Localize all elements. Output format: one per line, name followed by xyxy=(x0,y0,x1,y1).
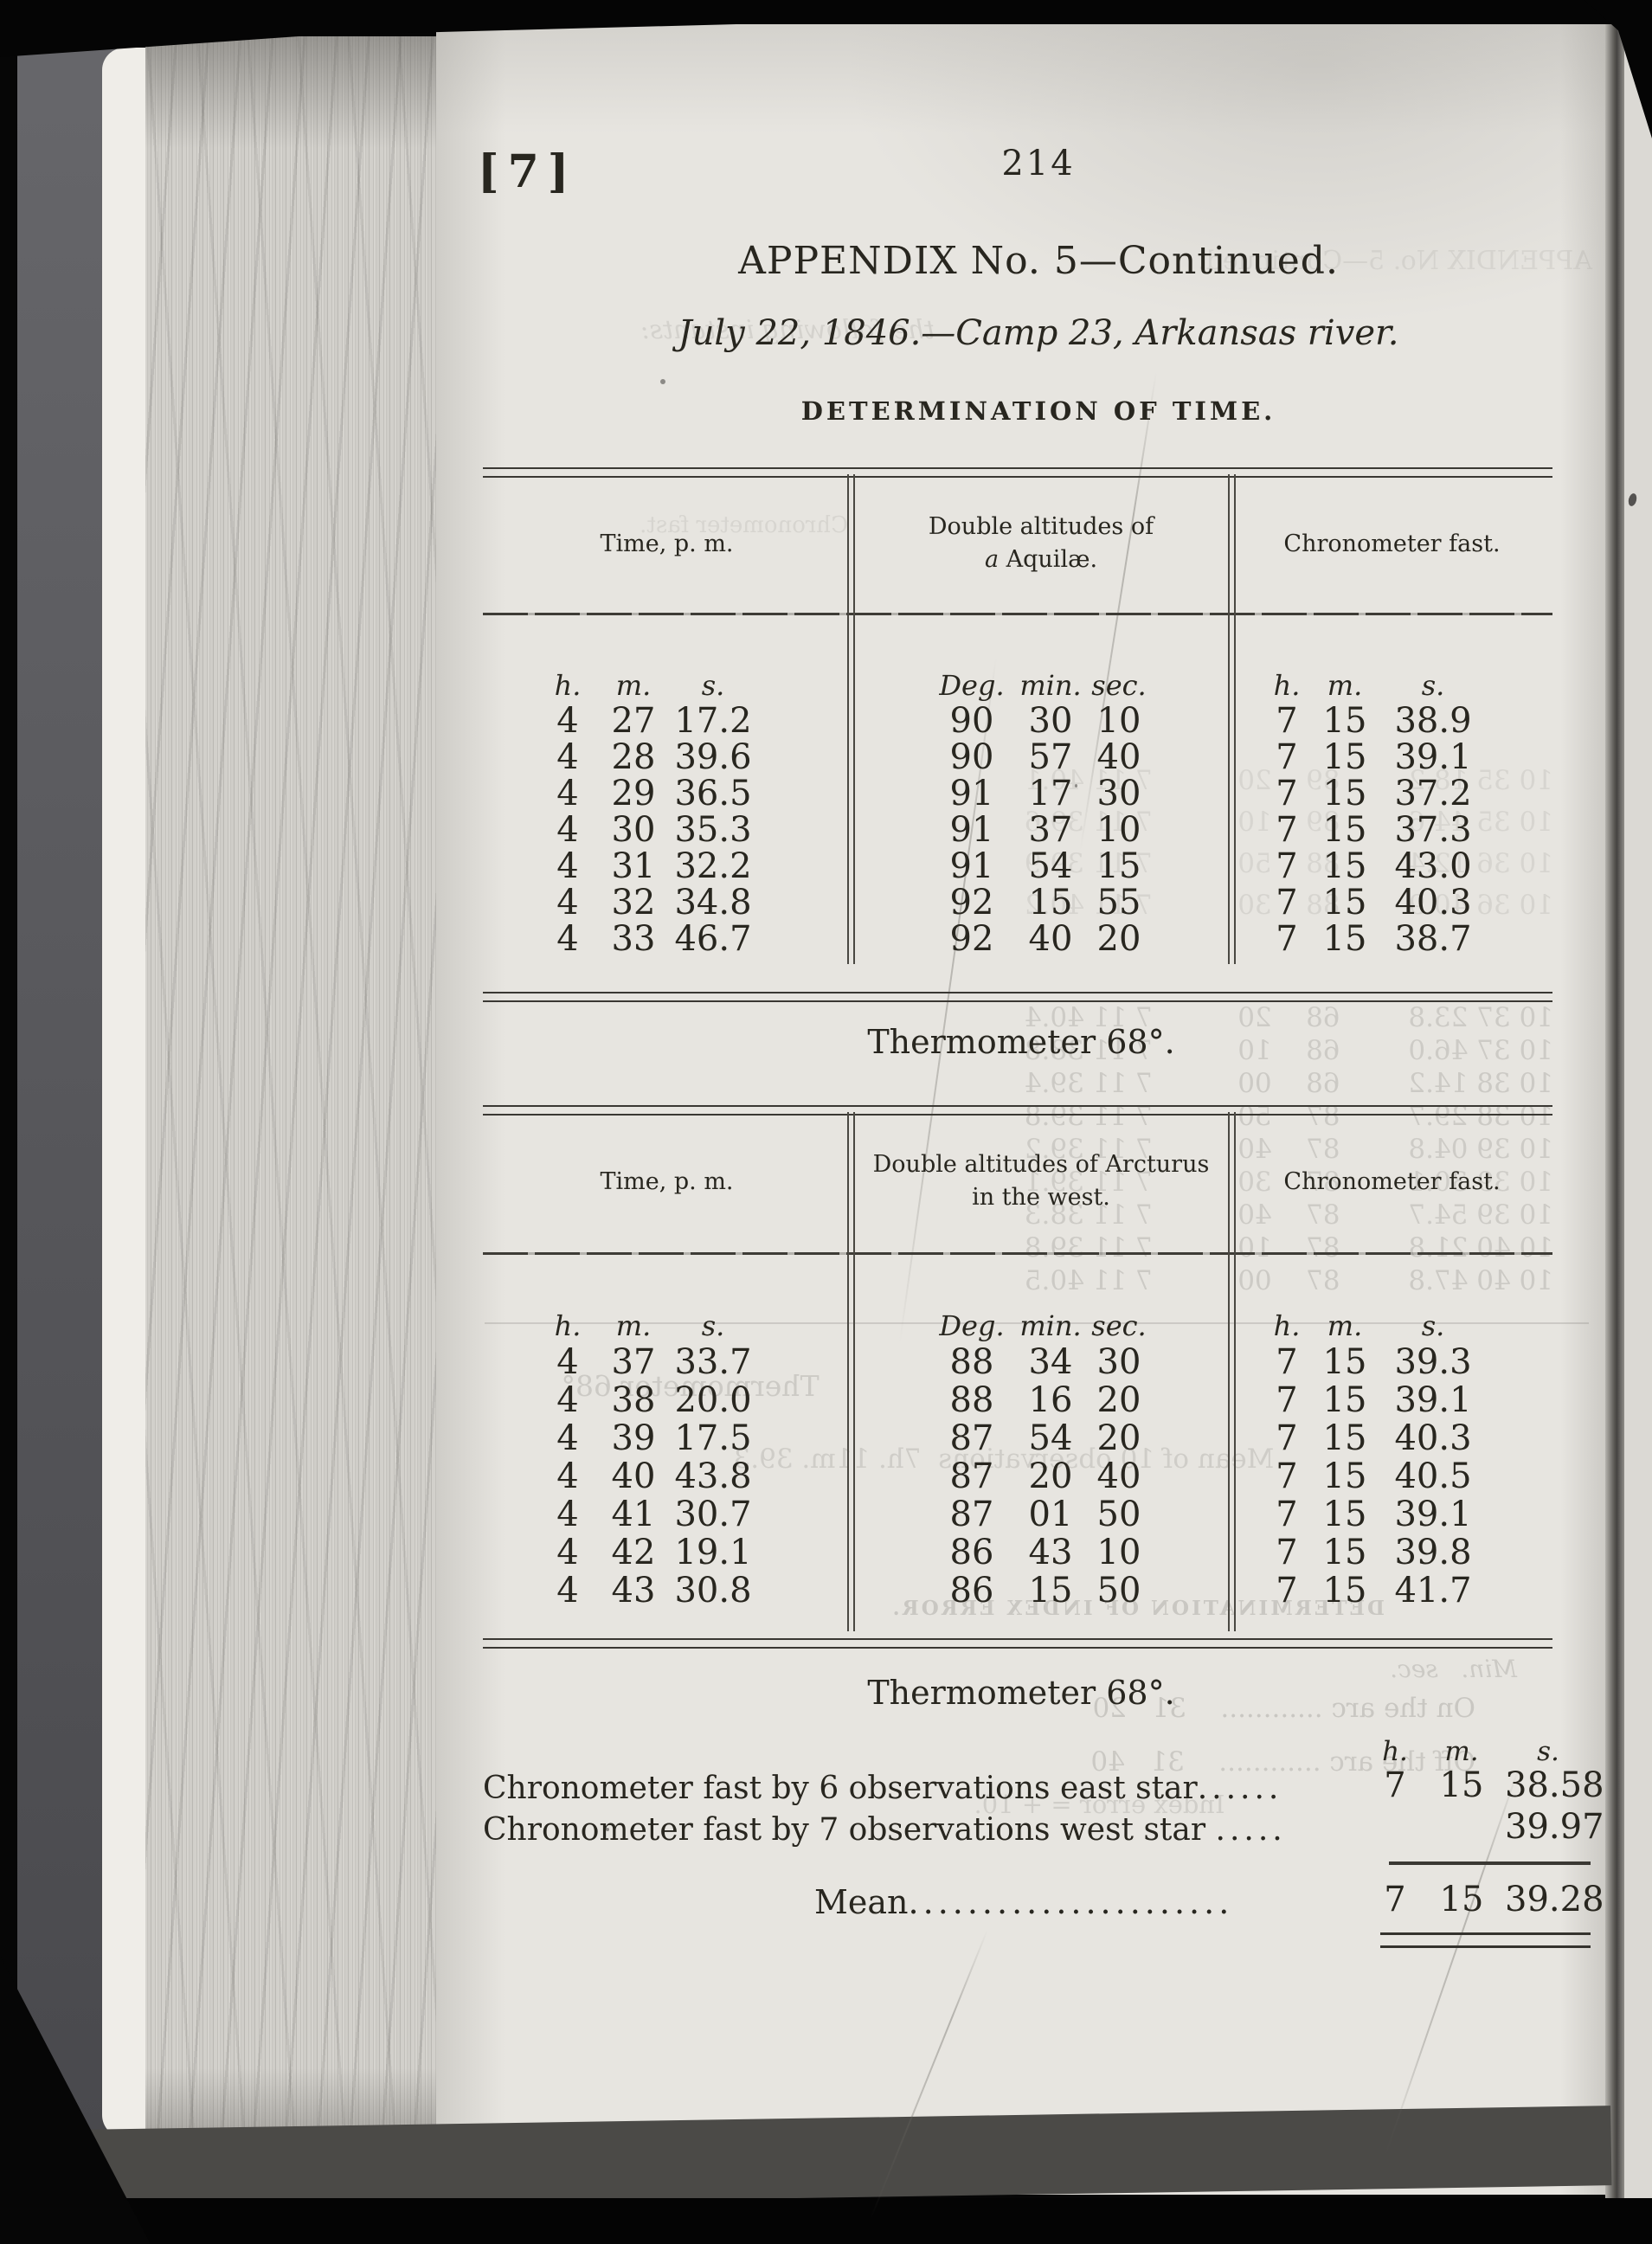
table-cell: 40.5 xyxy=(1372,1456,1495,1496)
table-cell: 35.3 xyxy=(665,810,762,850)
table-cell: 31 xyxy=(602,846,665,886)
table-cell-group: 71543.0 xyxy=(1231,846,1552,886)
table-cell-group: 903010 xyxy=(851,701,1231,741)
table-row: 43035.391371071537.3 xyxy=(483,812,1552,848)
mean-label: Mean xyxy=(814,1883,909,1921)
unit-label: h. xyxy=(1256,1309,1318,1342)
table-cell: 39.8 xyxy=(1372,1533,1495,1572)
table-cell: 46.7 xyxy=(665,919,762,959)
table-cell: 43.8 xyxy=(665,1456,762,1496)
table-cell: 15 xyxy=(1318,1342,1372,1382)
table-cell: 38 xyxy=(602,1380,665,1420)
table-cell: 38.7 xyxy=(1372,919,1495,959)
table-cell-group: 870150 xyxy=(851,1495,1231,1534)
summary-value-west-star: 39.97 xyxy=(1372,1807,1591,1847)
table-cell: 7 xyxy=(1256,1495,1318,1534)
table-row: 43234.892155571540.3 xyxy=(483,884,1552,921)
table-cell: 20 xyxy=(1084,1380,1154,1420)
unit-label: min. xyxy=(1017,669,1084,702)
table-cell: 30 xyxy=(1084,774,1154,813)
column-header-time: Time, p. m. xyxy=(483,1168,851,1195)
table-cell: 17.5 xyxy=(665,1418,762,1458)
table-cell: 86 xyxy=(927,1533,1017,1572)
table-cell: 87 xyxy=(927,1495,1017,1534)
table-cell-group: 71541.7 xyxy=(1231,1571,1552,1611)
table-cell: 20 xyxy=(1084,1418,1154,1458)
unit-label: m. xyxy=(1418,1736,1505,1767)
table-cell: 15 xyxy=(1318,846,1372,886)
table-bottom-rule xyxy=(483,992,1552,1002)
thermometer-note-2: Thermometer 68°. xyxy=(485,1674,1558,1712)
table-cell-group: 911730 xyxy=(851,774,1231,813)
table-cell-group: 71540.5 xyxy=(1231,1456,1552,1496)
table-cell: 7 xyxy=(1256,701,1318,741)
value-hours: 7 xyxy=(1372,1765,1418,1805)
table-cell-group: 43917.5 xyxy=(483,1418,851,1458)
table-cell: 86 xyxy=(927,1571,1017,1611)
table-cell: 39.6 xyxy=(665,737,762,777)
table-cell: 50 xyxy=(1084,1495,1154,1534)
column-header-line: a Aquilæ. xyxy=(851,543,1231,576)
table-cell-group: 43820.0 xyxy=(483,1380,851,1420)
dateline: July 22, 1846.—Camp 23, Arkansas river. xyxy=(450,313,1627,353)
table-cell: 92 xyxy=(927,919,1017,959)
table-cell: 43.0 xyxy=(1372,846,1495,886)
table-cell: 7 xyxy=(1256,774,1318,813)
unit-label: m. xyxy=(1318,1309,1372,1342)
table-cell: 20 xyxy=(1017,1456,1084,1496)
table-cell: 90 xyxy=(927,737,1017,777)
table-cell-group: 71538.9 xyxy=(1231,701,1552,741)
page-edge-sliver xyxy=(102,48,149,2138)
table-cell: 91 xyxy=(927,774,1017,813)
scan-border-bottom xyxy=(0,2198,1652,2244)
table-cell: 16 xyxy=(1017,1380,1084,1420)
table-cell: 15 xyxy=(1318,810,1372,850)
scanned-book-photo: { "page": { "bracket": "[7]", "page_numb… xyxy=(0,0,1652,2244)
star-name: Aquilæ. xyxy=(1006,546,1097,573)
table-cell: 39.1 xyxy=(1372,737,1495,777)
table-cell: 19.1 xyxy=(665,1533,762,1572)
table-cell: 39.3 xyxy=(1372,1342,1495,1382)
value-seconds: 38.58 xyxy=(1505,1765,1591,1805)
column-header-line: Double altitudes of xyxy=(851,511,1231,543)
table-cell: 4 xyxy=(533,810,602,850)
table-cell: 4 xyxy=(533,1418,602,1458)
table-cell: 55 xyxy=(1084,883,1154,923)
table-header-separator xyxy=(483,1252,1552,1255)
table-cell: 17.2 xyxy=(665,701,762,741)
table-cell: 34 xyxy=(1017,1342,1084,1382)
table-cell-group: 71539.3 xyxy=(1231,1342,1552,1382)
summary-units-row: h. m. s. xyxy=(1372,1736,1591,1767)
table-header-row: Time, p. m. Double altitudes of a Aquilæ… xyxy=(483,478,1552,609)
summary-line-east-star: Chronometer fast by 6 observations east … xyxy=(483,1771,1282,1806)
table-cell: 4 xyxy=(533,701,602,741)
table-row: 43346.792402071538.7 xyxy=(483,921,1552,957)
table-cell: 28 xyxy=(602,737,665,777)
table-cell: 20.0 xyxy=(665,1380,762,1420)
table-cell-group: 43346.7 xyxy=(483,919,851,959)
table-cell: 7 xyxy=(1256,1342,1318,1382)
unit-label: s. xyxy=(1372,669,1495,702)
table-row: 44130.787015071539.1 xyxy=(483,1495,1552,1534)
table-header-separator xyxy=(483,613,1552,615)
table-cell-group: 875420 xyxy=(851,1418,1231,1458)
table-cell-group: 864310 xyxy=(851,1533,1231,1572)
table-cell: 40 xyxy=(1017,919,1084,959)
thermometer-note-1: Thermometer 68°. xyxy=(485,1023,1558,1061)
table-cell: 32.2 xyxy=(665,846,762,886)
table-cell: 4 xyxy=(533,1342,602,1382)
table-cell-group: 44219.1 xyxy=(483,1533,851,1572)
table-cell: 7 xyxy=(1256,737,1318,777)
facing-page-sliver xyxy=(1624,24,1652,2202)
table-cell: 15 xyxy=(1318,919,1372,959)
table-row: 42839.690574071539.1 xyxy=(483,739,1552,775)
table-cell: 7 xyxy=(1256,883,1318,923)
section-heading: DETERMINATION OF TIME. xyxy=(450,396,1627,426)
unit-label: h. xyxy=(1372,1736,1418,1767)
table-cell: 10 xyxy=(1084,810,1154,850)
table-cell: 88 xyxy=(927,1380,1017,1420)
table-cell: 38.9 xyxy=(1372,701,1495,741)
table-cell: 40 xyxy=(1084,737,1154,777)
table-cell: 27 xyxy=(602,701,665,741)
table-cell: 15 xyxy=(1318,701,1372,741)
table-cell-group: 905740 xyxy=(851,737,1231,777)
unit-label: h. xyxy=(1256,669,1318,702)
table-cell-group: 913710 xyxy=(851,810,1231,850)
table-cell: 17 xyxy=(1017,774,1084,813)
table-cell: 39.1 xyxy=(1372,1380,1495,1420)
table-cell-group: 883430 xyxy=(851,1342,1231,1382)
table-cell: 01 xyxy=(1017,1495,1084,1534)
table-cell: 4 xyxy=(533,1495,602,1534)
unit-label: s. xyxy=(1372,1309,1495,1342)
table-cell: 39.1 xyxy=(1372,1495,1495,1534)
table-bottom-rule xyxy=(483,1638,1552,1649)
column-header-chronometer: Chronometer fast. xyxy=(1231,530,1552,557)
value-hours xyxy=(1372,1807,1418,1847)
table-top-rule xyxy=(483,1105,1552,1116)
value-seconds: 39.97 xyxy=(1505,1807,1591,1847)
mean-line: Mean...................... xyxy=(814,1883,1233,1921)
value-minutes xyxy=(1418,1807,1505,1847)
table-cell-group: 71539.1 xyxy=(1231,1495,1552,1534)
table-cell: 50 xyxy=(1084,1571,1154,1611)
table-cell: 30.7 xyxy=(665,1495,762,1534)
observations-table-aquilae: Time, p. m. Double altitudes of a Aquilæ… xyxy=(483,467,1552,1004)
table-cell: 20 xyxy=(1084,919,1154,959)
table-cell-group: 42936.5 xyxy=(483,774,851,813)
summary-line-west-star: Chronometer fast by 7 observations west … xyxy=(483,1812,1287,1848)
table-cell-group: 71537.2 xyxy=(1231,774,1552,813)
table-cell: 4 xyxy=(533,737,602,777)
table-cell-group: 71540.3 xyxy=(1231,883,1552,923)
unit-label: m. xyxy=(602,669,665,702)
table-cell-group: 915415 xyxy=(851,846,1231,886)
table-cell: 7 xyxy=(1256,810,1318,850)
table-cell-group: 42717.2 xyxy=(483,701,851,741)
table-body: 42717.290301071538.942839.690574071539.1… xyxy=(483,703,1552,957)
column-header-time: Time, p. m. xyxy=(483,530,851,557)
summary-label: Chronometer fast by 6 observations east … xyxy=(483,1771,1198,1806)
table-cell: 4 xyxy=(533,1533,602,1572)
table-cell: 40.3 xyxy=(1372,1418,1495,1458)
table-cell: 40 xyxy=(1084,1456,1154,1496)
table-cell-group: 921555 xyxy=(851,883,1231,923)
table-cell: 15 xyxy=(1318,1495,1372,1534)
star-letter: a xyxy=(985,546,999,573)
mean-value: 7 15 39.28 xyxy=(1372,1880,1591,1919)
unit-label: sec. xyxy=(1084,1309,1154,1342)
table-cell: 4 xyxy=(533,1571,602,1611)
table-cell: 15 xyxy=(1017,883,1084,923)
table-cell: 15 xyxy=(1318,1571,1372,1611)
table-cell: 15 xyxy=(1318,1533,1372,1572)
table-cell-group: 44330.8 xyxy=(483,1571,851,1611)
table-row: 42717.290301071538.9 xyxy=(483,703,1552,739)
table-cell: 37.3 xyxy=(1372,810,1495,850)
unit-label: min. xyxy=(1017,1309,1084,1342)
unit-label: s. xyxy=(1505,1736,1591,1767)
table-cell-group: 924020 xyxy=(851,919,1231,959)
table-cell: 30 xyxy=(1017,701,1084,741)
page-number: 214 xyxy=(450,144,1627,183)
table-row: 43132.291541571543.0 xyxy=(483,848,1552,884)
table-cell-group: 43234.8 xyxy=(483,883,851,923)
table-cell-group: 44043.8 xyxy=(483,1456,851,1496)
unit-label: Deg. xyxy=(927,669,1017,702)
table-cell: 15 xyxy=(1318,1418,1372,1458)
table-cell: 7 xyxy=(1256,846,1318,886)
table-cell-group: 872040 xyxy=(851,1456,1231,1496)
value-minutes: 15 xyxy=(1418,1880,1505,1919)
observations-table-arcturus: Time, p. m. Double altitudes of Arcturus… xyxy=(483,1105,1552,1649)
table-cell-group: 44130.7 xyxy=(483,1495,851,1534)
table-row: 43733.788343071539.3 xyxy=(483,1343,1552,1381)
column-header-altitudes: Double altitudes of a Aquilæ. xyxy=(851,511,1231,576)
table-row: 44043.887204071540.5 xyxy=(483,1457,1552,1495)
unit-label: s. xyxy=(665,1309,762,1342)
table-row: 43820.088162071539.1 xyxy=(483,1381,1552,1419)
table-cell-group: 43035.3 xyxy=(483,810,851,850)
table-cell: 30 xyxy=(602,810,665,850)
table-cell: 33 xyxy=(602,919,665,959)
table-cell: 87 xyxy=(927,1456,1017,1496)
table-cell: 40.3 xyxy=(1372,883,1495,923)
unit-label: sec. xyxy=(1084,669,1154,702)
table-cell: 4 xyxy=(533,883,602,923)
table-cell: 41.7 xyxy=(1372,1571,1495,1611)
value-minutes: 15 xyxy=(1418,1765,1505,1805)
table-cell-group: 43132.2 xyxy=(483,846,851,886)
table-cell: 54 xyxy=(1017,846,1084,886)
table-cell: 92 xyxy=(927,883,1017,923)
table-cell: 41 xyxy=(602,1495,665,1534)
table-row: 42936.591173071537.2 xyxy=(483,775,1552,812)
table-cell: 54 xyxy=(1017,1418,1084,1458)
dot-leader: ...... xyxy=(1198,1771,1283,1806)
table-cell: 33.7 xyxy=(665,1342,762,1382)
column-header-altitudes: Double altitudes of Arcturus in the west… xyxy=(851,1148,1231,1214)
page-title: APPENDIX No. 5—Continued. xyxy=(450,239,1627,283)
value-seconds: 39.28 xyxy=(1505,1880,1591,1919)
units-row: h. m. s. Deg. min. sec. h. m. s. xyxy=(483,1307,1552,1345)
table-cell-group: 861550 xyxy=(851,1571,1231,1611)
table-cell: 10 xyxy=(1084,1533,1154,1572)
unit-label: Deg. xyxy=(927,1309,1017,1342)
table-body: 43733.788343071539.343820.088162071539.1… xyxy=(483,1343,1552,1610)
table-cell: 4 xyxy=(533,774,602,813)
column-header-chronometer: Chronometer fast. xyxy=(1231,1168,1552,1195)
table-cell-group: 71539.8 xyxy=(1231,1533,1552,1572)
table-header-row: Time, p. m. Double altitudes of Arcturus… xyxy=(483,1116,1552,1247)
table-cell: 43 xyxy=(602,1571,665,1611)
table-cell: 7 xyxy=(1256,1418,1318,1458)
table-cell: 42 xyxy=(602,1533,665,1572)
table-cell: 39 xyxy=(602,1418,665,1458)
table-cell-group: 43733.7 xyxy=(483,1342,851,1382)
table-cell: 90 xyxy=(927,701,1017,741)
summary-value-east-star: 7 15 38.58 xyxy=(1372,1765,1591,1805)
table-cell: 37 xyxy=(602,1342,665,1382)
table-cell: 7 xyxy=(1256,1380,1318,1420)
table-cell-group: 71540.3 xyxy=(1231,1418,1552,1458)
table-cell: 4 xyxy=(533,919,602,959)
unit-label: m. xyxy=(602,1309,665,1342)
table-cell: 30 xyxy=(1084,1342,1154,1382)
table-cell-group: 42839.6 xyxy=(483,737,851,777)
units-row: h. m. s. Deg. min. sec. h. m. s. xyxy=(483,666,1552,704)
table-cell: 91 xyxy=(927,810,1017,850)
column-header-line: Double altitudes of Arcturus xyxy=(851,1148,1231,1181)
table-cell: 29 xyxy=(602,774,665,813)
table-cell: 15 xyxy=(1017,1571,1084,1611)
page-stack-fore-edge xyxy=(145,36,440,2146)
table-cell: 7 xyxy=(1256,1533,1318,1572)
table-cell: 57 xyxy=(1017,737,1084,777)
table-cell: 15 xyxy=(1318,1380,1372,1420)
table-cell: 15 xyxy=(1084,846,1154,886)
table-cell: 10 xyxy=(1084,701,1154,741)
table-row: 44219.186431071539.8 xyxy=(483,1534,1552,1572)
unit-label: m. xyxy=(1318,669,1372,702)
dot-leader: ...................... xyxy=(909,1883,1234,1921)
table-cell: 91 xyxy=(927,846,1017,886)
table-cell: 15 xyxy=(1318,1456,1372,1496)
table-cell: 37 xyxy=(1017,810,1084,850)
table-cell: 43 xyxy=(1017,1533,1084,1572)
table-cell-group: 71538.7 xyxy=(1231,919,1552,959)
table-cell: 88 xyxy=(927,1342,1017,1382)
value-hours: 7 xyxy=(1372,1880,1418,1919)
table-cell: 4 xyxy=(533,846,602,886)
table-cell-group: 71539.1 xyxy=(1231,737,1552,777)
unit-label: h. xyxy=(533,669,602,702)
table-cell: 30.8 xyxy=(665,1571,762,1611)
table-cell: 37.2 xyxy=(1372,774,1495,813)
table-cell: 7 xyxy=(1256,1456,1318,1496)
final-double-rule xyxy=(1380,1932,1591,1948)
table-cell-group: 71537.3 xyxy=(1231,810,1552,850)
table-cell: 32 xyxy=(602,883,665,923)
unit-label: s. xyxy=(665,669,762,702)
table-cell: 40 xyxy=(602,1456,665,1496)
table-cell: 4 xyxy=(533,1456,602,1496)
table-cell: 7 xyxy=(1256,919,1318,959)
table-cell: 7 xyxy=(1256,1571,1318,1611)
table-cell: 34.8 xyxy=(665,883,762,923)
table-cell: 15 xyxy=(1318,883,1372,923)
dot-leader: ..... xyxy=(1216,1812,1287,1848)
table-cell-group: 71539.1 xyxy=(1231,1380,1552,1420)
column-header-line: in the west. xyxy=(851,1181,1231,1214)
table-cell: 15 xyxy=(1318,737,1372,777)
table-cell-group: 881620 xyxy=(851,1380,1231,1420)
sum-rule xyxy=(1389,1861,1591,1865)
table-cell: 36.5 xyxy=(665,774,762,813)
table-cell: 4 xyxy=(533,1380,602,1420)
unit-label: h. xyxy=(533,1309,602,1342)
table-top-rule xyxy=(483,467,1552,478)
bleedthrough-text: 10 38 14.2 68 00 7 11 39.4 xyxy=(532,1068,1553,1099)
table-cell: 15 xyxy=(1318,774,1372,813)
ink-speck xyxy=(660,379,665,384)
table-cell: 87 xyxy=(927,1418,1017,1458)
summary-label: Chronometer fast by 7 observations west … xyxy=(483,1812,1216,1848)
table-row: 44330.886155071541.7 xyxy=(483,1572,1552,1610)
table-row: 43917.587542071540.3 xyxy=(483,1419,1552,1457)
